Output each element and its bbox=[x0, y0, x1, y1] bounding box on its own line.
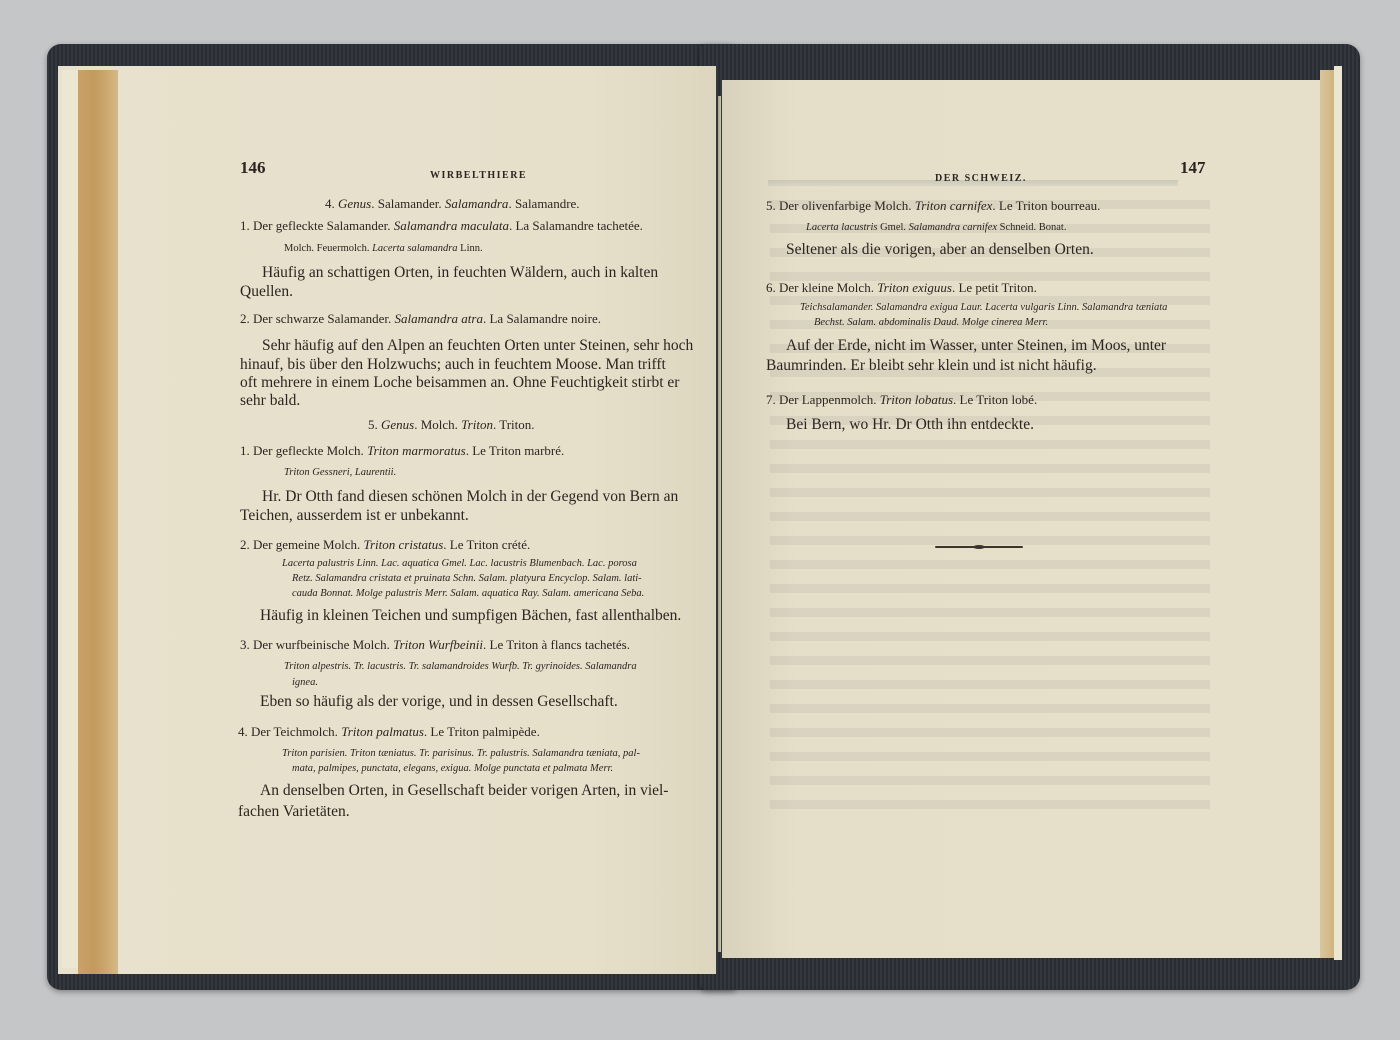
genus-latin: Salamandra bbox=[445, 196, 509, 211]
running-head-left: WIRBELTHIERE bbox=[430, 170, 527, 181]
page-edge-stain-left bbox=[78, 70, 118, 974]
species-entry: 7. Der Lappenmolch. Triton lobatus. Le T… bbox=[766, 392, 1037, 408]
synonyms: Triton alpestris. Tr. lacustris. Tr. sal… bbox=[284, 661, 637, 672]
species-de: 2. Der gemeine Molch. bbox=[240, 537, 363, 552]
species-entry: 5. Der olivenfarbige Molch. Triton carni… bbox=[766, 198, 1100, 214]
species-de: 6. Der kleine Molch. bbox=[766, 280, 877, 295]
synonyms: Molch. Feuermolch. Lacerta salamandra Li… bbox=[284, 243, 483, 254]
body-text: Eben so häufig als der vorige, und in de… bbox=[260, 693, 618, 711]
synonyms: Lacerta palustris Linn. Lac. aquatica Gm… bbox=[282, 558, 637, 569]
body-text: hinauf, bis über den Holzwuchs; auch in … bbox=[240, 356, 666, 374]
page-edge-right bbox=[1334, 66, 1342, 960]
species-de: 1. Der gefleckte Salamander. bbox=[240, 218, 394, 233]
genus-label: Genus bbox=[338, 196, 371, 211]
synonyms: Lacerta lacustris Gmel. Salamandra carni… bbox=[806, 222, 1066, 233]
species-latin: Triton exiguus bbox=[877, 280, 952, 295]
species-fr: . Le Triton bourreau. bbox=[992, 198, 1100, 213]
synonym-latin: Salamandra carnifex bbox=[909, 222, 997, 233]
species-latin: Triton Wurfbeinii bbox=[393, 637, 483, 652]
species-fr: . Le Triton crété. bbox=[443, 537, 530, 552]
synonym-author: Gmel. bbox=[877, 222, 908, 233]
body-text: Quellen. bbox=[240, 283, 293, 301]
body-text: fachen Varietäten. bbox=[238, 803, 350, 821]
species-fr: . Le Triton lobé. bbox=[953, 392, 1037, 407]
species-fr: . La Salamandre tachetée. bbox=[509, 218, 643, 233]
species-latin: Triton carnifex bbox=[915, 198, 993, 213]
genus-de: . Salamander. bbox=[371, 196, 445, 211]
species-de: 3. Der wurfbeinische Molch. bbox=[240, 637, 393, 652]
body-text: sehr bald. bbox=[240, 392, 300, 410]
species-entry: 1. Der gefleckte Salamander. Salamandra … bbox=[240, 218, 643, 234]
synonyms: cauda Bonnat. Molge palustris Merr. Sala… bbox=[292, 588, 644, 599]
species-fr: . Le Triton palmipède. bbox=[424, 724, 540, 739]
genus-num: 5. bbox=[368, 417, 381, 432]
synonyms: Bechst. Salam. abdominalis Daud. Molge c… bbox=[814, 317, 1048, 328]
body-text: Häufig in kleinen Teichen und sumpfigen … bbox=[260, 607, 681, 625]
species-fr: . Le petit Triton. bbox=[952, 280, 1037, 295]
genus-fr: . Triton. bbox=[493, 417, 535, 432]
synonym-latin: Lacerta lacustris bbox=[806, 222, 877, 233]
body-text: Baumrinden. Er bleibt sehr klein und ist… bbox=[766, 357, 1097, 375]
genus-de: . Molch. bbox=[414, 417, 461, 432]
synonym-author: Linn. bbox=[458, 243, 483, 254]
page-number-right: 147 bbox=[1180, 158, 1206, 178]
body-text: oft mehrere in einem Loche beisammen an.… bbox=[240, 374, 679, 392]
synonyms: Teichsalamander. Salamandra exigua Laur.… bbox=[800, 302, 1167, 313]
page-edge-stain-right bbox=[1320, 70, 1334, 958]
synonyms: Triton Gessneri, Laurentii. bbox=[284, 467, 396, 478]
page-number-left: 146 bbox=[240, 158, 266, 178]
species-latin: Salamandra atra bbox=[395, 311, 483, 326]
body-text: Sehr häufig auf den Alpen an feuchten Or… bbox=[262, 337, 693, 355]
species-de: 2. Der schwarze Salamander. bbox=[240, 311, 395, 326]
species-entry: 4. Der Teichmolch. Triton palmatus. Le T… bbox=[238, 724, 540, 740]
species-latin: Triton palmatus bbox=[341, 724, 424, 739]
body-text: Hr. Dr Otth fand diesen schönen Molch in… bbox=[262, 488, 678, 506]
species-entry: 6. Der kleine Molch. Triton exiguus. Le … bbox=[766, 280, 1037, 296]
genus-num: 4. bbox=[325, 196, 338, 211]
genus-label: Genus bbox=[381, 417, 414, 432]
species-entry: 1. Der gefleckte Molch. Triton marmoratu… bbox=[240, 443, 564, 459]
page-edge-left bbox=[62, 70, 78, 968]
body-text: An denselben Orten, in Gesellschaft beid… bbox=[260, 782, 668, 800]
species-latin: Triton cristatus bbox=[363, 537, 443, 552]
body-text: Teichen, ausserdem ist er unbekannt. bbox=[240, 507, 469, 525]
synonyms: Triton parisien. Triton tæniatus. Tr. pa… bbox=[282, 748, 640, 759]
species-entry: 3. Der wurfbeinische Molch. Triton Wurfb… bbox=[240, 637, 630, 653]
genus-latin: Triton bbox=[461, 417, 493, 432]
species-latin: Triton lobatus bbox=[880, 392, 953, 407]
synonym-latin: Triton Gessneri, Laurentii. bbox=[284, 467, 396, 478]
synonyms: mata, palmipes, punctata, elegans, exigu… bbox=[292, 763, 613, 774]
body-text: Seltener als die vorigen, aber an densel… bbox=[786, 241, 1094, 259]
species-de: 7. Der Lappenmolch. bbox=[766, 392, 880, 407]
species-entry: 2. Der schwarze Salamander. Salamandra a… bbox=[240, 311, 601, 327]
book-gutter bbox=[718, 96, 721, 952]
synonym-text: Molch. Feuermolch. bbox=[284, 243, 372, 254]
body-text: Häufig an schattigen Orten, in feuchten … bbox=[262, 264, 658, 282]
genus-heading: 5. Genus. Molch. Triton. Triton. bbox=[368, 417, 535, 433]
genus-heading: 4. Genus. Salamander. Salamandra. Salama… bbox=[325, 196, 580, 212]
ornamental-rule bbox=[935, 546, 1023, 548]
synonym-latin: Lacerta salamandra bbox=[372, 243, 457, 254]
species-latin: Salamandra maculata bbox=[394, 218, 509, 233]
synonyms: Retz. Salamandra cristata et pruinata Sc… bbox=[292, 573, 642, 584]
species-fr: . Le Triton marbré. bbox=[466, 443, 565, 458]
species-fr: . Le Triton à flancs tachetés. bbox=[483, 637, 630, 652]
body-text: Bei Bern, wo Hr. Dr Otth ihn entdeckte. bbox=[786, 416, 1034, 434]
species-de: 5. Der olivenfarbige Molch. bbox=[766, 198, 915, 213]
species-entry: 2. Der gemeine Molch. Triton cristatus. … bbox=[240, 537, 530, 553]
species-latin: Triton marmoratus bbox=[367, 443, 466, 458]
species-de: 4. Der Teichmolch. bbox=[238, 724, 341, 739]
running-head-right: DER SCHWEIZ. bbox=[935, 173, 1027, 184]
genus-fr: . Salamandre. bbox=[508, 196, 579, 211]
body-text: Auf der Erde, nicht im Wasser, unter Ste… bbox=[786, 337, 1166, 355]
species-de: 1. Der gefleckte Molch. bbox=[240, 443, 367, 458]
synonym-author: Schneid. Bonat. bbox=[997, 222, 1066, 233]
synonyms: ignea. bbox=[292, 677, 318, 688]
species-fr: . La Salamandre noire. bbox=[483, 311, 601, 326]
